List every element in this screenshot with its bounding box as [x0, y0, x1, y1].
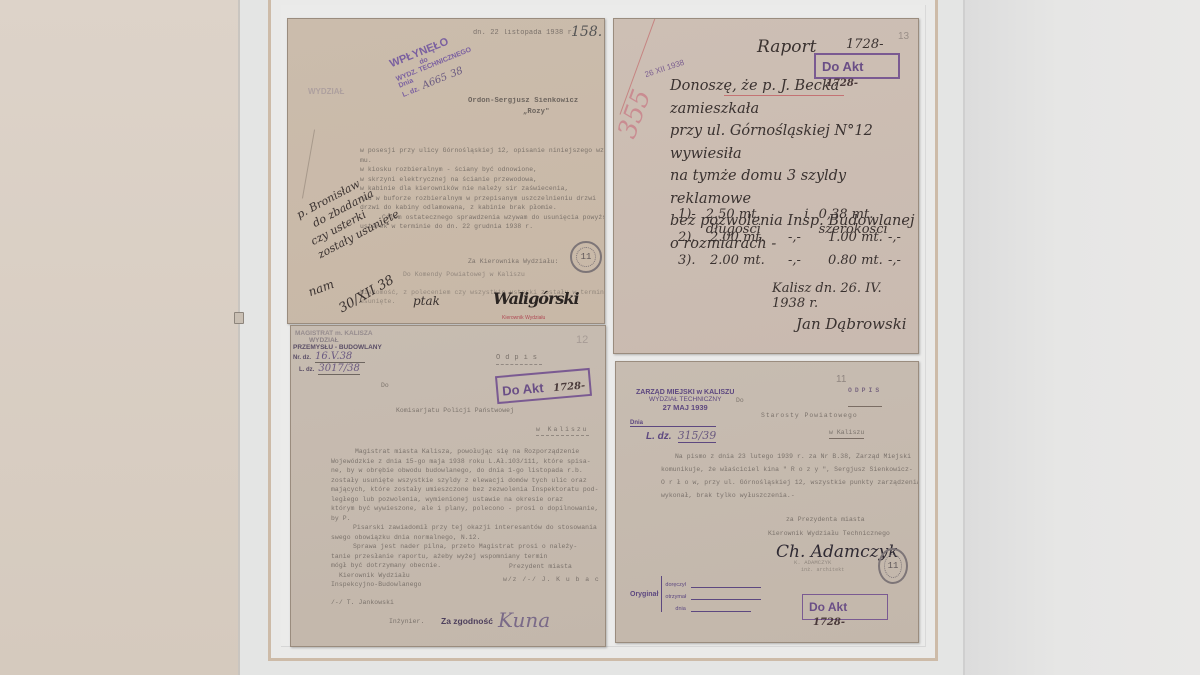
picture-frame: dn. 22 listopada 1938 r. 158. WYDZIAŁ WP… — [238, 0, 965, 675]
document-top-right: Raport 1728- 13 Do Akt 1728- 26 XII 1938… — [613, 18, 919, 354]
place-date: Kalisz dn. 26. IV. 1938 r. — [772, 281, 918, 311]
signature: Jan Dąbrowski — [796, 315, 907, 333]
to-label: Do — [381, 381, 389, 391]
stamp-left: WYDZIAŁ — [308, 87, 344, 96]
signature: Waligórski — [493, 289, 579, 308]
doc-number: 158. — [571, 24, 602, 40]
dimensions-list: 1)- 2.50 mt. długości i 0,38 mt. szeroko… — [678, 207, 918, 276]
to-label: Do — [736, 396, 744, 406]
mat-board: dn. 22 listopada 1938 r. 158. WYDZIAŁ WP… — [281, 5, 926, 647]
zarzad-stamp: ZARZĄD MIEJSKI w KALISZU WYDZIAŁ TECHNIC… — [636, 389, 734, 412]
document-bottom-left: MAGISTRAT m. KALISZA WYDZIAŁ PRZEMYSŁU -… — [290, 325, 606, 647]
addressee: Komisarjatu Policji Państwowej — [396, 406, 514, 416]
president-line: Prezydent miasta — [509, 562, 572, 572]
document-top-left: dn. 22 listopada 1938 r. 158. WYDZIAŁ WP… — [287, 18, 605, 324]
left-sign-3: /-/ T. Jankowski — [331, 598, 394, 608]
wall-right — [965, 0, 1200, 675]
pencil-stroke — [302, 129, 315, 198]
page-mark: 12 — [576, 334, 588, 346]
document-bottom-right: ZARZĄD MIEJSKI w KALISZU WYDZIAŁ TECHNIC… — [615, 361, 919, 643]
left-sign-4: Inżynier. — [389, 617, 424, 627]
body-text: Na pismo z dnia 23 lutego 1939 r. za Nr … — [661, 450, 919, 502]
addressee-line-1: Ordon-Sergjusz Sienkowicz — [468, 97, 578, 107]
addressee-line-2: „Rozy" — [523, 108, 549, 118]
conformity-stamp: Za zgodność — [441, 616, 493, 626]
report-title: Raport — [757, 37, 816, 57]
round-seal: 11 — [570, 241, 602, 273]
round-seal: 11 — [878, 548, 908, 584]
signature-caption: Kierownik Wydziału — [502, 315, 545, 321]
president-sign: w/z /-/ J. K u b a c z a k — [503, 575, 606, 585]
handwritten-initial: ptak — [413, 294, 440, 308]
mat-border: dn. 22 listopada 1938 r. 158. WYDZIAŁ WP… — [268, 0, 938, 661]
closing-line-1: za Prezydenta miasta — [786, 515, 865, 525]
received-stamp: WPŁYNĘŁO do WYDZ. TECHNICZNEGO Dnia L. d… — [388, 29, 479, 100]
handwritten-nam: nam — [306, 277, 335, 299]
city: w Kaliszu — [829, 428, 864, 439]
copy-label: ODPIS — [848, 386, 882, 407]
ref-number: L. dz. 315/39 — [646, 429, 716, 443]
dimension-row: 2). 2.00 mt. -,- 1.00 mt. -,- — [678, 230, 918, 253]
report-number: 1728- — [846, 37, 883, 52]
page-number: 13 — [898, 31, 909, 42]
closing-line: Za Kierownika Wydziału: — [468, 257, 559, 267]
wall-left — [0, 0, 238, 675]
signature: Kuna — [498, 608, 550, 632]
page-mark: 11 — [836, 374, 846, 385]
copy-line: Do Komendy Powiatowej w Kaliszu — [403, 270, 525, 280]
body-text: Magistrat miasta Kalisza, powołując się … — [331, 447, 599, 571]
typed-title: inż. architekt — [801, 566, 844, 576]
magistrat-stamp: MAGISTRAT m. KALISZA WYDZIAŁ PRZEMYSŁU -… — [293, 330, 382, 375]
left-sign-2: Inspekcyjno-Budowlanego — [331, 580, 422, 590]
doc-date: dn. 22 listopada 1938 r. — [473, 29, 576, 39]
do-akt-stamp: Do Akt 1728- — [802, 594, 888, 620]
dimension-row: 3). 2.00 mt. -,- 0.80 mt. -,- — [678, 253, 918, 276]
copy-label: Odpis — [496, 354, 542, 365]
routing-stamp: Oryginał doręczył otrzymał dnia — [630, 576, 761, 612]
do-akt-stamp: Do Akt 1728- — [495, 368, 592, 404]
frame-clip — [234, 312, 244, 324]
date-underline — [630, 426, 716, 427]
addressee: Starosty Powiatowego — [761, 411, 858, 421]
city: w Kaliszu — [536, 425, 589, 436]
closing-line-2: Kierownik Wydziału Technicznego — [768, 529, 890, 539]
dimension-row: 1)- 2.50 mt. długości i 0,38 mt. szeroko… — [678, 207, 918, 230]
